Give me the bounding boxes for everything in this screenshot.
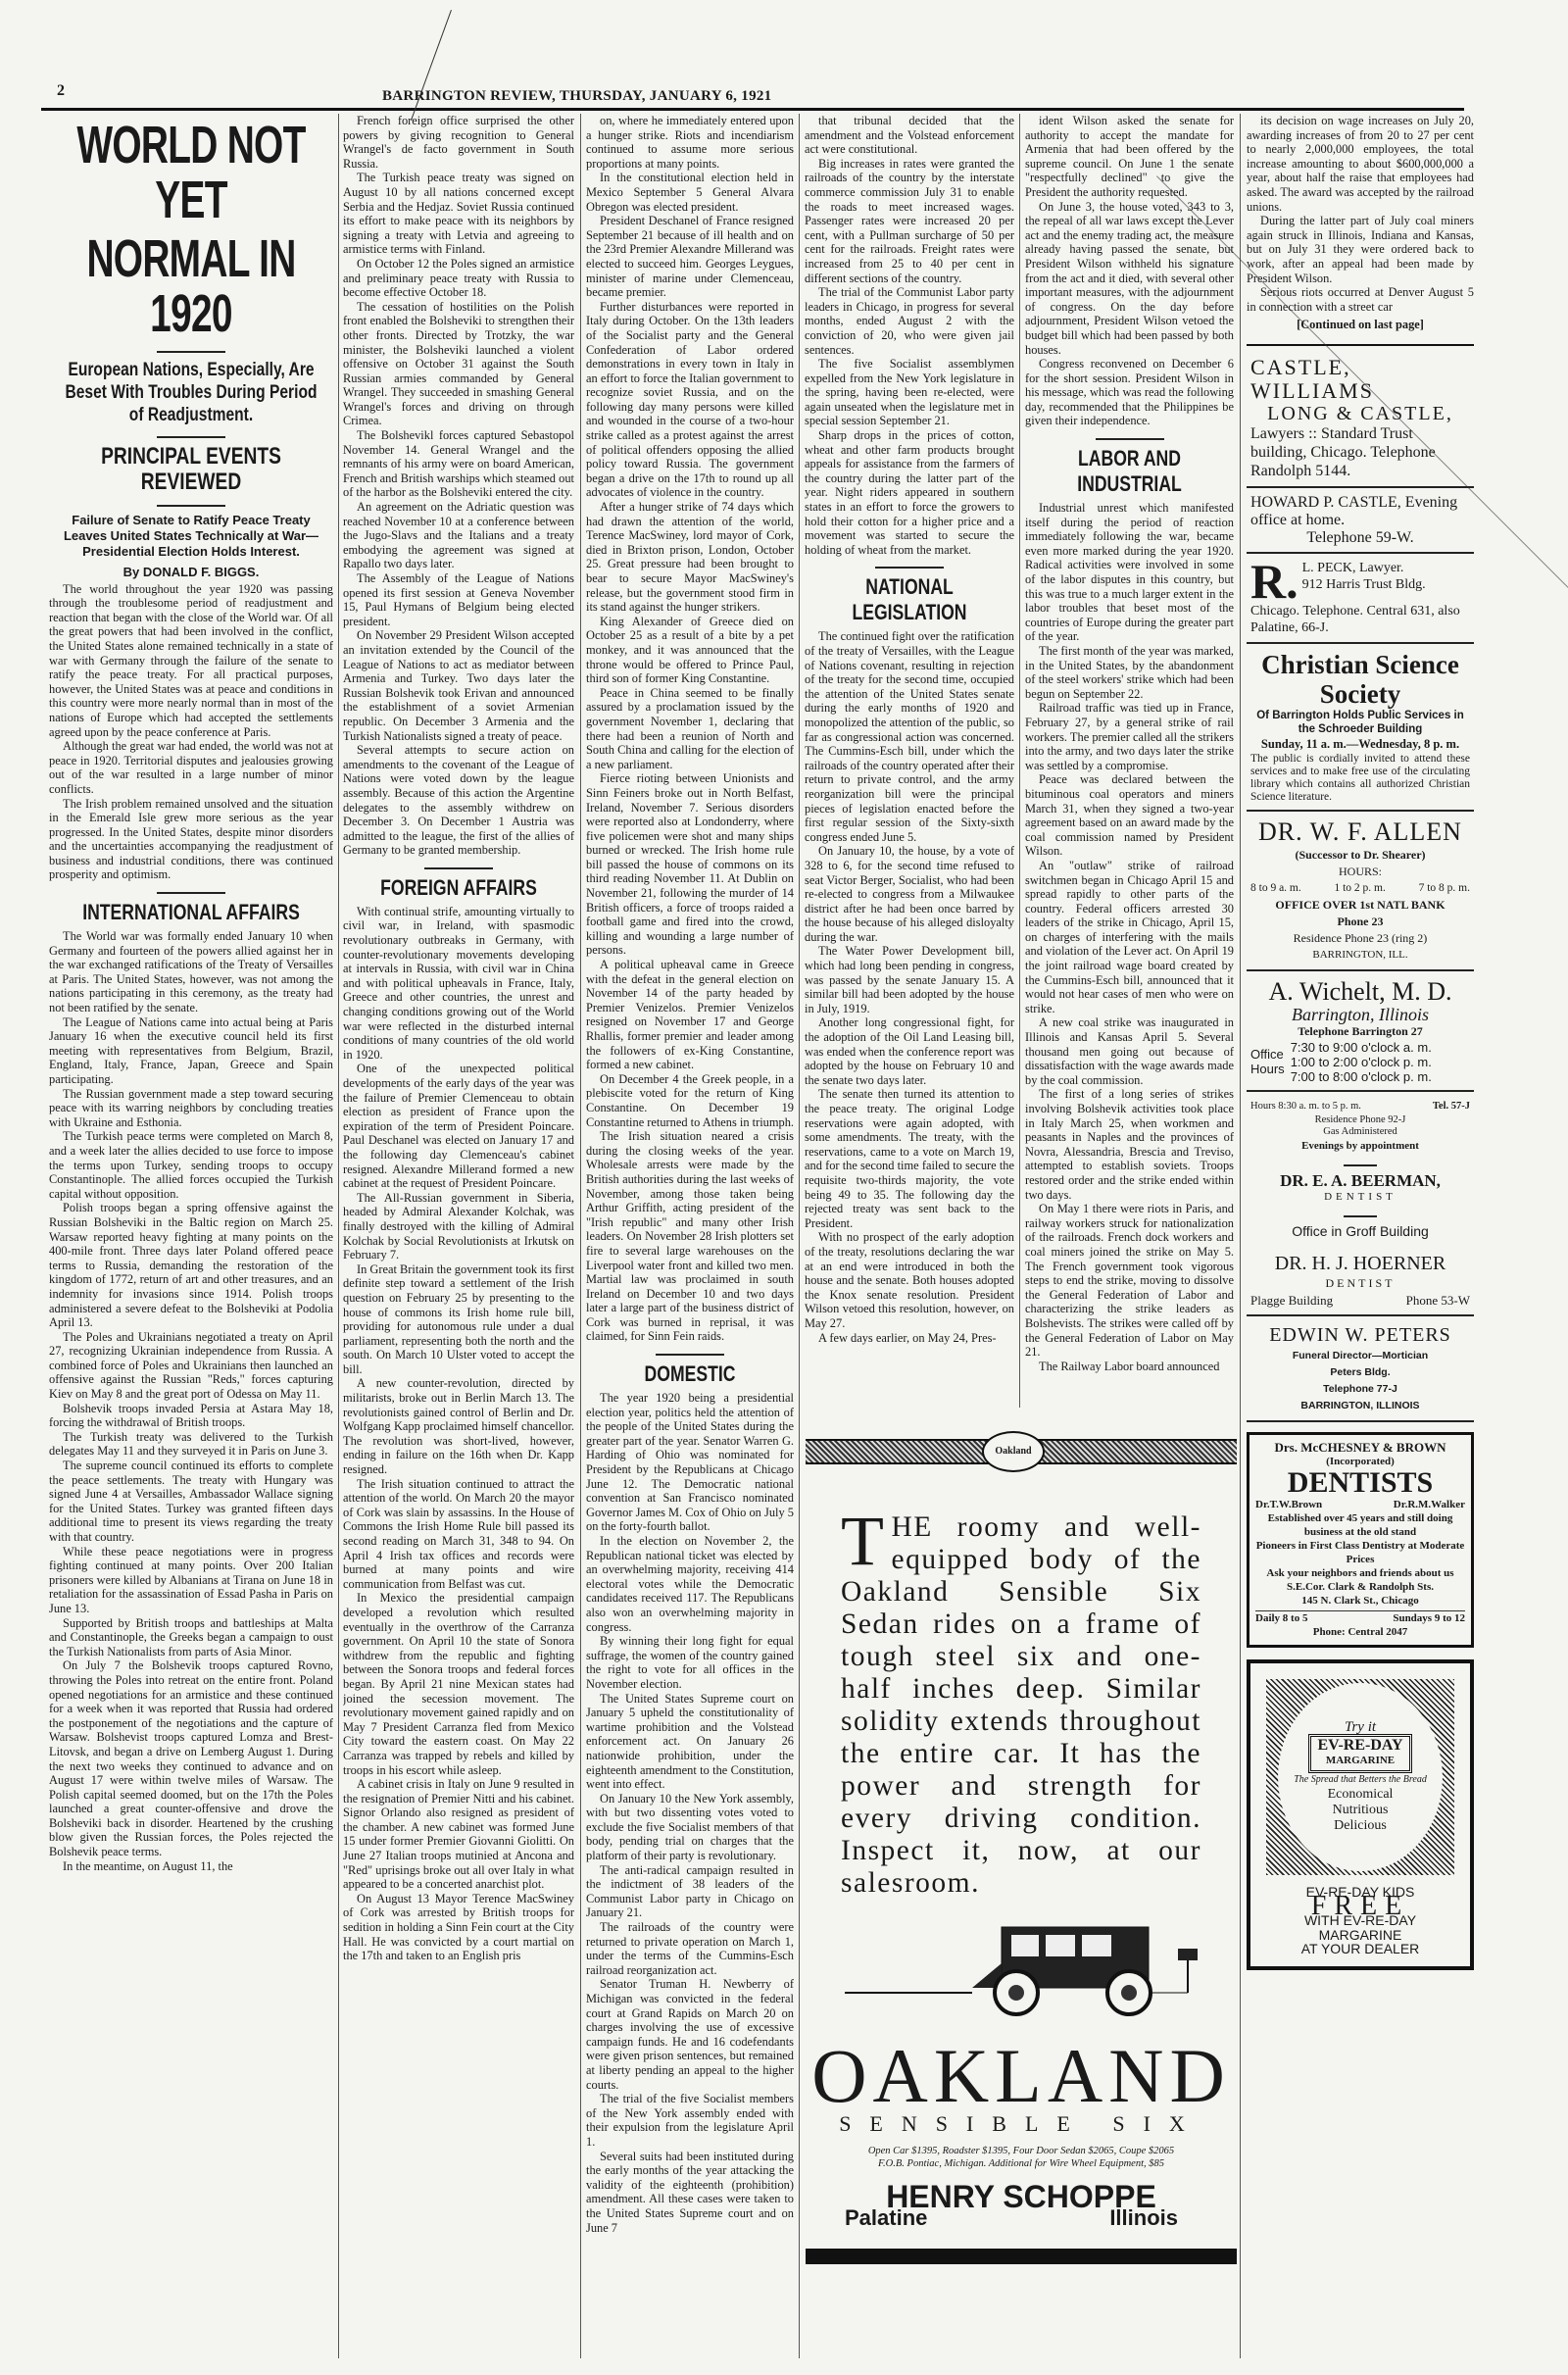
- article-paragraph: With continual strife, amounting virtual…: [343, 905, 574, 1063]
- ad-christian-science: Christian Science Society Of Barrington …: [1247, 644, 1474, 812]
- article-paragraph: The Irish problem remained unsolved and …: [49, 797, 333, 883]
- article-paragraph: An "outlaw" strike of railroad switchmen…: [1025, 859, 1234, 1016]
- margarine-hatched-art: Try it EV-RE-DAY MARGARINE The Spread th…: [1266, 1679, 1454, 1875]
- sedan-car-illustration: [845, 1919, 1237, 2027]
- article-paragraph: its decision on wage increases on July 2…: [1247, 114, 1474, 214]
- car-icon: [845, 1919, 1217, 2027]
- article-paragraph: King Alexander of Greece died on October…: [586, 615, 794, 686]
- article-paragraph: The Turkish treaty was delivered to the …: [49, 1430, 333, 1459]
- article-paragraph: On December 4 the Greek people, in a ple…: [586, 1072, 794, 1129]
- newspaper-page: 2 BARRINGTON REVIEW, THURSDAY, JANUARY 6…: [0, 0, 1568, 2375]
- column-divider: [1240, 114, 1241, 2358]
- article-paragraph: Congress reconvened on December 6 for th…: [1025, 357, 1234, 428]
- article-paragraph: In Mexico the presidential campaign deve…: [343, 1591, 574, 1777]
- article-paragraph: By winning their long fight for equal su…: [586, 1634, 794, 1691]
- article-paragraph: Big increases in rates were granted the …: [805, 157, 1014, 285]
- section-heading-national: NATIONAL LEGISLATION: [825, 574, 993, 625]
- article-paragraph: Further disturbances were reported in It…: [586, 300, 794, 500]
- divider: [656, 1354, 724, 1356]
- byline: By DONALD F. BIGGS.: [49, 566, 333, 580]
- headline-line-2: NORMAL IN 1920: [61, 231, 321, 341]
- article-paragraph: The first month of the year was marked, …: [1025, 644, 1234, 701]
- foreign-text: With continual strife, amounting virtual…: [343, 905, 574, 1963]
- article-paragraph: A political upheaval came in Greece with…: [586, 958, 794, 1072]
- article-paragraph: French foreign office surprised the othe…: [343, 114, 574, 171]
- divider: [1096, 438, 1164, 440]
- column-5: ident Wilson asked the senate for author…: [1025, 114, 1234, 1408]
- column-3: on, where he immediately entered upon a …: [586, 114, 794, 2358]
- column-6-text: its decision on wage increases on July 2…: [1247, 114, 1474, 314]
- article-paragraph: The Poles and Ukrainians negotiated a tr…: [49, 1330, 333, 1402]
- ad-dr-allen: DR. W. F. ALLEN (Successor to Dr. Sheare…: [1247, 812, 1474, 971]
- international-text: The World war was formally ended January…: [49, 929, 333, 1873]
- article-paragraph: The Assembly of the League of Nations op…: [343, 571, 574, 628]
- article-paragraph: In Great Britain the government took its…: [343, 1262, 574, 1377]
- divider: [875, 567, 944, 569]
- section-heading-international: INTERNATIONAL AFFAIRS: [77, 900, 305, 925]
- ad-evereday-margarine: Try it EV-RE-DAY MARGARINE The Spread th…: [1247, 1659, 1474, 1970]
- brand-name: OAKLAND: [806, 2037, 1237, 2115]
- article-paragraph: On October 12 the Poles signed an armist…: [343, 257, 574, 300]
- article-paragraph: One of the unexpected political developm…: [343, 1062, 574, 1190]
- article-paragraph: President Deschanel of France resigned S…: [586, 214, 794, 300]
- article-paragraph: With no prospect of the early adoption o…: [805, 1230, 1014, 1330]
- article-paragraph: that tribunal decided that the amendment…: [805, 114, 1014, 157]
- domestic-text: The year 1920 being a presidential elect…: [586, 1391, 794, 2235]
- article-paragraph: Another long congressional fight, for th…: [805, 1015, 1014, 1087]
- labor-text: Industrial unrest which manifested itsel…: [1025, 501, 1234, 1373]
- article-paragraph: On January 10 the New York assembly, wit…: [586, 1792, 794, 1863]
- article-paragraph: The Irish situation continued to attract…: [343, 1477, 574, 1592]
- column-2-text: French foreign office surprised the othe…: [343, 114, 574, 858]
- column-divider: [580, 114, 581, 2358]
- article-paragraph: Bolshevik troops invaded Persia at Astar…: [49, 1402, 333, 1430]
- article-paragraph: The railroads of the country were return…: [586, 1920, 794, 1977]
- article-paragraph: Railroad traffic was tied up in France, …: [1025, 701, 1234, 772]
- article-paragraph: Industrial unrest which manifested itsel…: [1025, 501, 1234, 644]
- divider: [157, 351, 225, 353]
- divider: [157, 892, 225, 894]
- article-paragraph: The year 1920 being a presidential elect…: [586, 1391, 794, 1534]
- column-divider: [338, 114, 339, 2358]
- article-paragraph: The world throughout the year 1920 was p…: [49, 582, 333, 740]
- section-heading-foreign: FOREIGN AFFAIRS: [367, 875, 552, 901]
- article-paragraph: On May 1 there were riots in Paris, and …: [1025, 1202, 1234, 1360]
- article-paragraph: The five Socialist assemblymen expelled …: [805, 357, 1014, 428]
- article-paragraph: The supreme council continued its effort…: [49, 1459, 333, 1545]
- column-4: that tribunal decided that the amendment…: [805, 114, 1014, 1408]
- ad-dr-hoerner: DR. H. J. HOERNER DENTIST Plagge Buildin…: [1247, 1246, 1474, 1316]
- divider: [157, 505, 225, 507]
- article-paragraph: The All-Russian government in Siberia, h…: [343, 1191, 574, 1262]
- top-rule: [41, 108, 1464, 111]
- column-4-text: that tribunal decided that the amendment…: [805, 114, 1014, 557]
- article-paragraph: Several attempts to secure action on ame…: [343, 743, 574, 858]
- article-paragraph: Supported by British troops and battlesh…: [49, 1616, 333, 1659]
- oakland-advertisement: Oakland THE roomy and well-equipped body…: [806, 1411, 1237, 2303]
- column-6: its decision on wage increases on July 2…: [1247, 114, 1474, 2358]
- article-paragraph: The first of a long series of strikes in…: [1025, 1087, 1234, 1202]
- intro-text: The world throughout the year 1920 was p…: [49, 582, 333, 882]
- article-paragraph: The World war was formally ended January…: [49, 929, 333, 1015]
- section-heading-labor: LABOR AND INDUSTRIAL: [1046, 446, 1212, 497]
- ornamental-band-bottom: [806, 2249, 1237, 2264]
- page-number: 2: [57, 82, 65, 100]
- article-paragraph: The United States Supreme court on Janua…: [586, 1692, 794, 1792]
- article-paragraph: The continued fight over the ratificatio…: [805, 629, 1014, 844]
- article-paragraph: On July 7 the Bolshevik troops captured …: [49, 1658, 333, 1858]
- article-paragraph: While these peace negotiations were in p…: [49, 1545, 333, 1616]
- article-paragraph: In the constitutional election held in M…: [586, 171, 794, 214]
- ad-howard-castle: HOWARD P. CASTLE, Evening office at home…: [1247, 488, 1474, 554]
- headline: WORLD NOT YET: [61, 118, 321, 227]
- article-paragraph: During the latter part of July coal mine…: [1247, 214, 1474, 285]
- article-paragraph: On August 13 Mayor Terence MacSwiney of …: [343, 1892, 574, 1963]
- margarine-label: EV-RE-DAY MARGARINE: [1308, 1734, 1411, 1772]
- divider: [157, 436, 225, 438]
- ad-mcchesney-brown: Drs. McCHESNEY & BROWN (Incorporated) DE…: [1247, 1432, 1474, 1648]
- article-paragraph: In the meantime, on August 11, the: [49, 1859, 333, 1874]
- subdeck: Failure of Senate to Ratify Peace Treaty…: [59, 513, 323, 560]
- article-paragraph: On November 29 President Wilson accepted…: [343, 628, 574, 743]
- article-paragraph: Peace in China seemed to be finally assu…: [586, 686, 794, 772]
- drop-cap: T: [841, 1511, 885, 1570]
- masthead-title: BARRINGTON REVIEW, THURSDAY, JANUARY 6, …: [382, 88, 771, 105]
- article-paragraph: The Turkish peace terms were completed o…: [49, 1129, 333, 1201]
- article-paragraph: The Turkish peace treaty was signed on A…: [343, 171, 574, 257]
- article-paragraph: After a hunger strike of 74 days which h…: [586, 500, 794, 615]
- article-paragraph: In the election on November 2, the Repub…: [586, 1534, 794, 1634]
- article-paragraph: The trial of the five Socialist members …: [586, 2092, 794, 2149]
- article-paragraph: The cessation of hostilities on the Poli…: [343, 300, 574, 428]
- hours-row: 8 to 9 a. m.1 to 2 p. m.7 to 8 p. m.: [1250, 880, 1470, 897]
- article-paragraph: The Water Power Development bill, which …: [805, 944, 1014, 1015]
- article-paragraph: On January 10, the house, by a vote of 3…: [805, 844, 1014, 944]
- article-paragraph: A cabinet crisis in Italy on June 9 resu…: [343, 1777, 574, 1892]
- prices: Open Car $1395, Roadster $1395, Four Doo…: [806, 2145, 1237, 2170]
- article-paragraph: on, where he immediately entered upon a …: [586, 114, 794, 171]
- ad-castle-williams: CASTLE, WILLIAMS LONG & CASTLE, Lawyers …: [1247, 350, 1474, 488]
- ad-peck-lawyer: R.L. PECK, Lawyer.912 Harris Trust Bldg.…: [1247, 554, 1474, 644]
- article-paragraph: The Irish situation neared a crisis duri…: [586, 1129, 794, 1344]
- article-paragraph: The Bolshevikl forces captured Sebastopo…: [343, 428, 574, 500]
- section-heading-domestic: DOMESTIC: [607, 1361, 773, 1387]
- column-5-text: ident Wilson asked the senate for author…: [1025, 114, 1234, 428]
- deck: European Nations, Especially, Are Beset …: [59, 359, 324, 426]
- ad-dr-wichelt: A. Wichelt, M. D. Barrington, Illinois T…: [1247, 971, 1474, 1092]
- column-divider: [799, 114, 800, 2358]
- ad-dr-beerman: Hours 8:30 a. m. to 5 p. m.Tel. 57-J Res…: [1247, 1092, 1474, 1246]
- article-paragraph: The Russian government made a step towar…: [49, 1087, 333, 1130]
- article-paragraph: Although the great war had ended, the wo…: [49, 739, 333, 796]
- office-hours: OfficeHours 7:30 to 9:00 o'clock a. m.1:…: [1250, 1040, 1470, 1084]
- divider: [1247, 344, 1474, 346]
- brand-subtitle: SENSIBLE SIX: [806, 2111, 1237, 2137]
- article-paragraph: Sharp drops in the prices of cotton, whe…: [805, 428, 1014, 557]
- article-paragraph: A few days earlier, on May 24, Pres-: [805, 1331, 1014, 1346]
- article-paragraph: The League of Nations came into actual b…: [49, 1015, 333, 1087]
- article-paragraph: The anti-radical campaign resulted in th…: [586, 1863, 794, 1920]
- article-paragraph: Peace was declared between the bituminou…: [1025, 772, 1234, 859]
- article-paragraph: The trial of the Communist Labor party l…: [805, 285, 1014, 357]
- article-paragraph: An agreement on the Adriatic question wa…: [343, 500, 574, 571]
- article-paragraph: The senate then turned its attention to …: [805, 1087, 1014, 1230]
- article-paragraph: Fierce rioting between Unionists and Sin…: [586, 771, 794, 958]
- article-paragraph: A new coal strike was inaugurated in Ill…: [1025, 1015, 1234, 1087]
- column-divider: [1019, 114, 1020, 1408]
- article-paragraph: ident Wilson asked the senate for author…: [1025, 114, 1234, 200]
- subhead: PRINCIPAL EVENTS REVIEWED: [77, 444, 305, 495]
- continued-note: [Continued on last page]: [1247, 318, 1474, 332]
- column-1: WORLD NOT YET NORMAL IN 1920 European Na…: [49, 114, 333, 2358]
- oakland-badge-logo: Oakland: [982, 1431, 1045, 1472]
- article-paragraph: Senator Truman H. Newberry of Michigan w…: [586, 1977, 794, 2092]
- article-paragraph: Polish troops began a spring offensive a…: [49, 1201, 333, 1329]
- national-legislation-text: The continued fight over the ratificatio…: [805, 629, 1014, 1345]
- ornamental-band: Oakland: [806, 1439, 1237, 1464]
- divider: [424, 867, 493, 869]
- ad-copy: THE roomy and well-equipped body of the …: [841, 1511, 1201, 1900]
- column-2: French foreign office surprised the othe…: [343, 114, 574, 2358]
- article-paragraph: Several suits had been instituted during…: [586, 2150, 794, 2236]
- ad-edwin-peters: EDWIN W. PETERS Funeral Director—Mortici…: [1247, 1316, 1474, 1422]
- column-3-text: on, where he immediately entered upon a …: [586, 114, 794, 1344]
- article-paragraph: The Railway Labor board announced: [1025, 1360, 1234, 1374]
- article-paragraph: A new counter-revolution, directed by mi…: [343, 1376, 574, 1476]
